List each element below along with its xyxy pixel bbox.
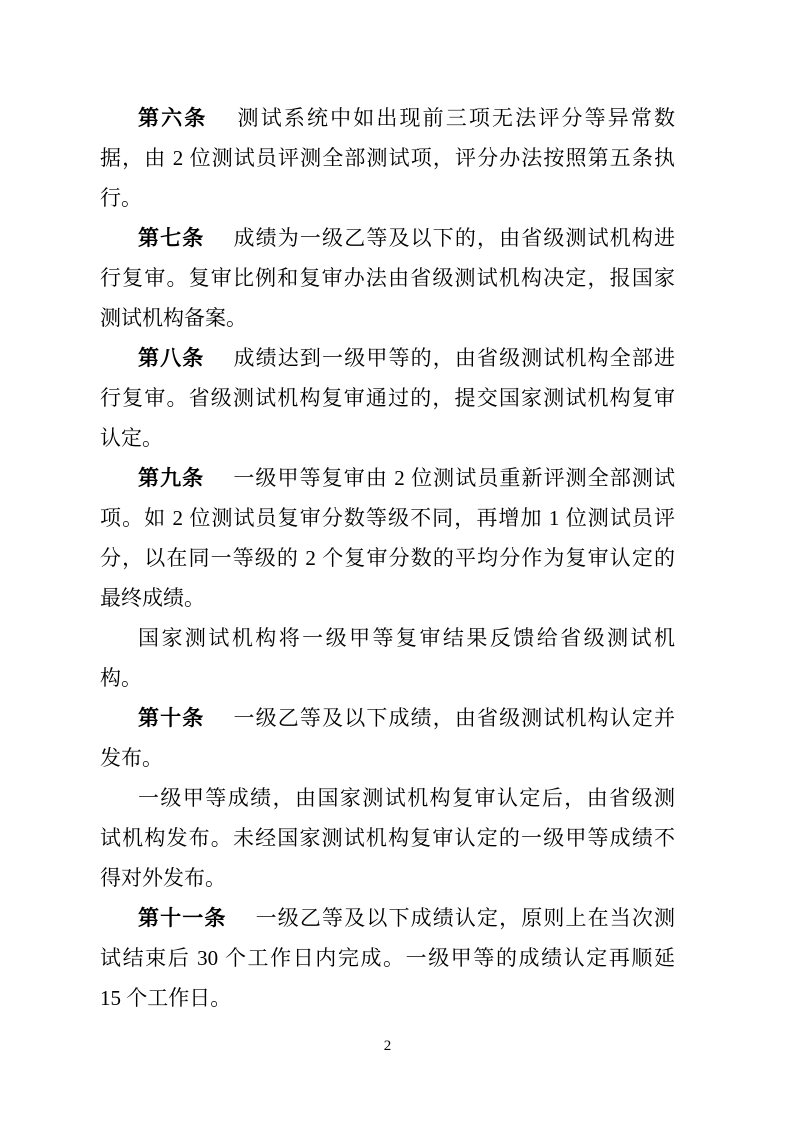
line-text: 试机构发布。未经国家测试机构复审认定的一级甲等成绩不 (100, 826, 675, 850)
line-text: 项。如 2 位测试员复审分数等级不同，再增加 1 位测试员评 (100, 506, 675, 530)
line-text: 一级乙等及以下成绩认定，原则上在当次测 (255, 906, 675, 930)
paragraph: 第十一条一级乙等及以下成绩认定，原则上在当次测试结束后 30 个工作日内完成。一… (100, 898, 675, 1018)
paragraph: 第十条一级乙等及以下成绩，由省级测试机构认定并发布。 (100, 698, 675, 778)
article-number: 第十一条 (138, 906, 227, 930)
text-line: 第六条测试系统中如出现前三项无法评分等异常数 (100, 98, 675, 138)
line-text: 得对外发布。 (100, 866, 226, 890)
text-line: 行。 (100, 178, 675, 218)
line-text: 分，以在同一等级的 2 个复审分数的平均分作为复审认定的 (100, 546, 675, 570)
article-number: 第十条 (138, 706, 204, 730)
paragraph: 国家测试机构将一级甲等复审结果反馈给省级测试机构。 (100, 618, 675, 698)
text-line: 行复审。省级测试机构复审通过的，提交国家测试机构复审 (100, 378, 675, 418)
text-line: 发布。 (100, 738, 675, 778)
line-text: 行复审。省级测试机构复审通过的，提交国家测试机构复审 (100, 386, 675, 410)
line-text: 15 个工作日。 (100, 986, 231, 1010)
paragraph: 第九条一级甲等复审由 2 位测试员重新评测全部测试项。如 2 位测试员复审分数等… (100, 458, 675, 618)
line-text: 认定。 (100, 426, 163, 450)
line-text: 一级甲等复审由 2 位测试员重新评测全部测试 (232, 466, 675, 490)
text-line: 第九条一级甲等复审由 2 位测试员重新评测全部测试 (100, 458, 675, 498)
text-line: 一级甲等成绩，由国家测试机构复审认定后，由省级测 (100, 778, 675, 818)
body-text: 第六条测试系统中如出现前三项无法评分等异常数据，由 2 位测试员评测全部测试项，… (100, 98, 675, 1018)
article-number: 第九条 (138, 466, 204, 490)
article-number: 第七条 (138, 226, 204, 250)
term-gap (204, 484, 232, 485)
text-line: 得对外发布。 (100, 858, 675, 898)
line-text: 一级甲等成绩，由国家测试机构复审认定后，由省级测 (138, 786, 675, 810)
text-line: 国家测试机构将一级甲等复审结果反馈给省级测试机 (100, 618, 675, 658)
paragraph: 第七条成绩为一级乙等及以下的，由省级测试机构进行复审。复审比例和复审办法由省级测… (100, 218, 675, 338)
line-text: 据，由 2 位测试员评测全部测试项，评分办法按照第五条执 (100, 146, 675, 170)
text-line: 第十条一级乙等及以下成绩，由省级测试机构认定并 (100, 698, 675, 738)
line-text: 成绩达到一级甲等的，由省级测试机构全部进 (232, 346, 675, 370)
term-gap (227, 924, 255, 925)
text-line: 项。如 2 位测试员复审分数等级不同，再增加 1 位测试员评 (100, 498, 675, 538)
page-number: 2 (100, 1036, 675, 1056)
text-line: 最终成绩。 (100, 578, 675, 618)
document-page: 第六条测试系统中如出现前三项无法评分等异常数据，由 2 位测试员评测全部测试项，… (0, 0, 794, 1123)
line-text: 国家测试机构将一级甲等复审结果反馈给省级测试机 (138, 626, 675, 650)
line-text: 行。 (100, 186, 142, 210)
term-gap (204, 244, 232, 245)
line-text: 测试机构备案。 (100, 306, 247, 330)
text-line: 认定。 (100, 418, 675, 458)
term-gap (207, 124, 235, 125)
line-text: 行复审。复审比例和复审办法由省级测试机构决定，报国家 (100, 266, 675, 290)
paragraph: 第八条成绩达到一级甲等的，由省级测试机构全部进行复审。省级测试机构复审通过的，提… (100, 338, 675, 458)
article-number: 第八条 (138, 346, 204, 370)
text-line: 测试机构备案。 (100, 298, 675, 338)
line-text: 测试系统中如出现前三项无法评分等异常数 (235, 106, 675, 130)
text-line: 15 个工作日。 (100, 978, 675, 1018)
term-gap (204, 724, 232, 725)
paragraph: 第六条测试系统中如出现前三项无法评分等异常数据，由 2 位测试员评测全部测试项，… (100, 98, 675, 218)
line-text: 构。 (100, 666, 142, 690)
text-line: 行复审。复审比例和复审办法由省级测试机构决定，报国家 (100, 258, 675, 298)
text-line: 分，以在同一等级的 2 个复审分数的平均分作为复审认定的 (100, 538, 675, 578)
text-line: 据，由 2 位测试员评测全部测试项，评分办法按照第五条执 (100, 138, 675, 178)
line-text: 一级乙等及以下成绩，由省级测试机构认定并 (232, 706, 675, 730)
article-number: 第六条 (138, 106, 207, 130)
text-line: 第十一条一级乙等及以下成绩认定，原则上在当次测 (100, 898, 675, 938)
text-line: 第七条成绩为一级乙等及以下的，由省级测试机构进 (100, 218, 675, 258)
text-line: 第八条成绩达到一级甲等的，由省级测试机构全部进 (100, 338, 675, 378)
text-line: 试结束后 30 个工作日内完成。一级甲等的成绩认定再顺延 (100, 938, 675, 978)
line-text: 发布。 (100, 746, 163, 770)
text-line: 试机构发布。未经国家测试机构复审认定的一级甲等成绩不 (100, 818, 675, 858)
line-text: 成绩为一级乙等及以下的，由省级测试机构进 (232, 226, 675, 250)
paragraph: 一级甲等成绩，由国家测试机构复审认定后，由省级测试机构发布。未经国家测试机构复审… (100, 778, 675, 898)
line-text: 最终成绩。 (100, 586, 205, 610)
text-line: 构。 (100, 658, 675, 698)
line-text: 试结束后 30 个工作日内完成。一级甲等的成绩认定再顺延 (100, 946, 675, 970)
term-gap (204, 364, 232, 365)
